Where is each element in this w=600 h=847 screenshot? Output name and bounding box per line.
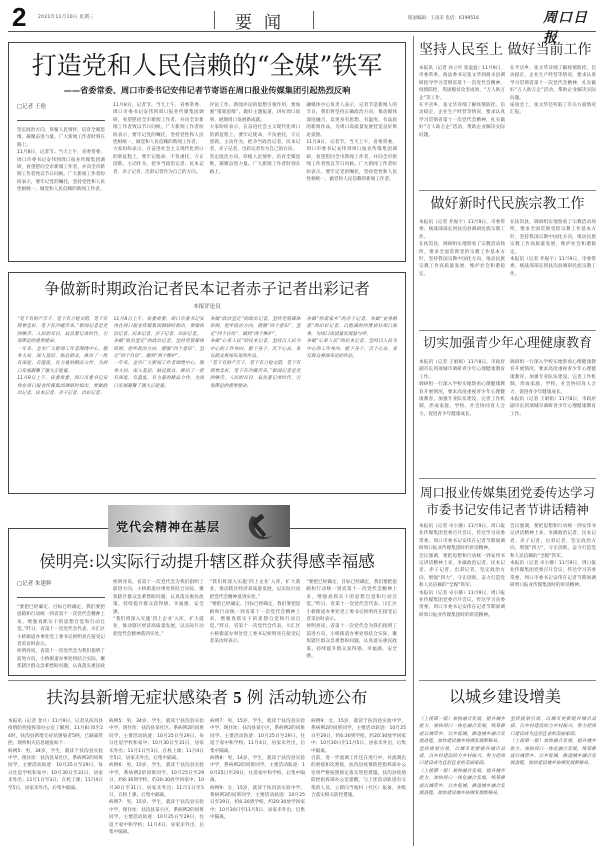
editorial-article[interactable]: 争做新时期政治记者民本记者赤子记者出彩记者 本报评论员 “笔下有财产万千，笔下有… <box>8 272 406 494</box>
paragraph: 本报讯（记者 孙立亭 张盈盈）11月9日，市委常委、政法委书记张文华到商水县调研… <box>419 65 505 102</box>
paragraph: 病例5：男，34岁，学生，就读于扶沟县实验中学，现住址：扶沟县某社区。系病例2的… <box>109 718 204 762</box>
lead-headline[interactable]: 打造党和人民信赖的“全媒”铁军 <box>17 51 397 81</box>
paragraph: 侯明亮说，省第十一次党代会为我们指明了前进方向，小桥街道办事处将结合实际，聚焦辖… <box>113 579 204 616</box>
paragraph: 评论工作。新闻评论的思想引领作用，要加强“策划思维”，做好主题报道，讲好周口故事… <box>210 102 301 124</box>
column-divider <box>413 36 414 846</box>
paragraph: 在平店乡，张文华详细了解疫情防控、信访稳定、企业生产经营等情况，要求认真学习贯彻… <box>510 65 596 102</box>
right5-body-col2: 坚持规划引领，以城市更新提升城市品质，以乡村建设助力乡村振兴，努力把周口建设成为… <box>510 716 596 840</box>
section-rule <box>419 478 596 479</box>
lead-body-col3: 评论工作。新闻评论的思想引领作用，要加强“策划思维”，做好主题报道，讲好周口故事… <box>210 102 301 260</box>
paragraph: 本报讯（记者 乔振宇）11月9日，市委常委、统战部部长到扶沟县调研民族宗教工作。 <box>510 256 596 278</box>
byline-rule <box>17 597 105 598</box>
paragraph: 调研组一行深入学校实地察看心理健康教育开展情况，要求高度重视青少年心理健康教育，… <box>419 381 505 418</box>
feature-body-col3: “我们将深入实施‘四上企业’入库，扩大就业，推动辖区经济高质量发展，以实际行动把… <box>210 579 301 669</box>
paragraph: “笔下有财产万千，笔下有刀枪交错，笔下有毁誉忠奸，笔下有冷暖苦乐。”新闻记者是党… <box>210 360 301 390</box>
paragraph: 调研组一行深入学校实地察看心理健康教育开展情况，要求高度重视青少年心理健康教育，… <box>510 359 596 396</box>
paragraph: 病例7：男，15岁，学生，就读于扶沟县实验中学，现住址：扶沟县某小区，系病例2的… <box>109 799 204 836</box>
lead-body-col4: 融媒体中心负责人表示，记者节是新闻人的节日，我们将坚持正确政治方向，推动媒体深度… <box>306 102 397 260</box>
section-divider-left <box>214 11 215 29</box>
feature-byline: □记者 朱建辉 <box>17 579 105 587</box>
feature-headline[interactable]: 侯明亮:以实际行动提升辖区群众获得感幸福感 <box>17 551 397 573</box>
feature-body-col2: 侯明亮说，省第十一次党代会为我们指明了前进方向，小桥街道办事处将结合实际，聚焦辖… <box>113 579 204 669</box>
editorial-body-col1: “笔下有财产万千，笔下有刀枪交错，笔下有毁誉忠奸，笔下有冷暖苦乐。”新闻记者是党… <box>17 316 108 488</box>
paragraph: 坚持规划引领，以城市更新提升城市品质，以乡村建设助力乡村振兴，努力把周口建设成为… <box>510 716 596 738</box>
section-title: 要闻 <box>223 8 305 33</box>
paragraph: 一年来，全市广大新闻工作者围绕中心、服务大局，深入基层、贴近群众，推出了一批有深… <box>17 346 108 376</box>
right-article-4[interactable]: 周口报业传媒集团党委传达学习 市委书记安伟记者节讲话精神 本报讯（记者 卓小静）… <box>419 484 596 674</box>
paragraph: （上接第一版）加快融合发展，提升城乡能力，加快周口一体化融合发展，统筹推进以城带… <box>510 738 596 768</box>
paragraph: 大家纷纷表示，在奋进社会主义现代化周口的新征程上，要牢记使命，不负重托，守正创新… <box>113 146 204 176</box>
right1-body-col1: 本报讯（记者 孙立亭 张盈盈）11月9日，市委常委、政法委书记张文华到商水县调研… <box>419 65 505 181</box>
lead-article[interactable]: 打造党和人民信赖的“全媒”铁军 ——省委常委、周口市委书记安伟记者节寄语在周口报… <box>8 42 406 262</box>
hammer-sickle-icon <box>244 508 280 544</box>
masthead: 2 2021年11月10日 星期三 要闻 版面编辑：王雨禾 电话：6199516… <box>8 2 596 32</box>
right3-body-col1: 本报讯（记者 王娟娟）11月8日，市政府副市长到项城市调研青少年心理健康教育工作… <box>419 359 505 471</box>
paragraph: 11月8日，记者节。当天上午，省委常委、周口市委书记安伟到周口报业传媒集团调研，… <box>306 139 397 183</box>
lead-byline: □记者 王艳 <box>17 102 105 110</box>
paragraph: 争做“热爱家乡”的赤子记者，争做“业务精湛”的出彩记者，以饱满的热情讲好周口故事… <box>307 316 398 338</box>
section-divider-right <box>313 11 314 29</box>
right2-body-col1: 本报讯（记者 乔振宇）11月9日，市委常委、统战部部长到扶沟县调研民族宗教工作。… <box>419 219 505 323</box>
paragraph: 本报讯（记者 卓小静）11月9日，周口报业传媒集团党委召开会议，传达学习省委常委… <box>419 523 505 553</box>
paragraph: 争做“政治坚定”的政治记者。坚持党管媒体原则，把牢政治方向，增强“四个意识”、坚… <box>210 316 301 338</box>
paragraph: 坚持规划引领，以城市更新提升城市品质，以乡村建设助力乡村振兴，努力把周口建设成为… <box>419 746 505 768</box>
paragraph: 11月8日上午，省委常委、周口市委书记安伟在周口报业传媒集团调研时指出，要做政治… <box>17 375 108 397</box>
right5-body-col1: （上接第一版）加快融合发展，提升城乡能力，加快周口一体化融合发展，统筹推进以城带… <box>419 716 505 840</box>
right4-headline[interactable]: 周口报业传媒集团党委传达学习 市委书记安伟记者节讲话精神 <box>419 484 596 518</box>
paragraph: 11月8日，记者节。当天上午，省委常委、周口市委书记安伟到周口报业传媒集团调研，… <box>17 149 105 193</box>
editorial-byline: 本报评论员 <box>17 302 397 310</box>
paragraph: 一年来，全市广大新闻工作者围绕中心、服务大局，深入基层、贴近群众，推出了一批有深… <box>114 360 205 390</box>
issue-date: 2021年11月10日 星期三 <box>38 14 94 20</box>
paragraph: 病例8：男，14岁，学生，就读于扶沟县实验中学，系病例2的同班同学。主要活动轨迹… <box>210 755 305 785</box>
feature-body-col1: “要把已经确定、目标已经确定，我们要把思路和行动统一到省第十一次党代会精神上来，… <box>17 604 105 670</box>
paragraph: 11月8日上午，省委常委、周口市委书记安伟在周口报业传媒集团调研时指出，要做政治… <box>114 316 205 338</box>
section-rule <box>8 680 406 681</box>
byline-rule <box>17 120 105 121</box>
section-rule <box>419 190 596 191</box>
paragraph: 11月8日，记者节。当天上午，省委常委、周口市委书记安伟到周口报业传媒集团调研，… <box>113 102 204 146</box>
paragraph: 争做“心系人民”的民本记者。坚持以人民为中心的工作导向，俯下身子、沉下心去，多写… <box>307 338 398 360</box>
paragraph: 目前，进一步流调工作还在进行中，对流调出的密接和次密接，扶沟县疫情防控指挥部办公… <box>311 755 406 799</box>
lead-subheadline: ——省委常委、周口市委书记安伟记者节寄语在周口报业传媒集团引起热烈反响 <box>17 84 397 96</box>
right-article-5[interactable]: 以城乡建设增美 （上接第一版）加快融合发展，提升城乡能力，加快周口一体化融合发展… <box>419 686 596 844</box>
paragraph: 本报讯（记者 卓小静）11月9日，周口报业传媒集团党委召开会议，传达学习省委常委… <box>419 590 505 620</box>
right-article-1[interactable]: 坚持人民至上 做好当前工作 本报讯（记者 孙立亭 张盈盈）11月9日，市委常委、… <box>419 40 596 186</box>
paragraph: 本报讯（记者 王娟娟）11月8日，市政府副市长到项城市调研青少年心理健康教育工作… <box>419 359 505 381</box>
right1-body-col2: 在平店乡，张文华详细了解疫情防控、信访稳定、企业生产经营等情况，要求认真学习贯彻… <box>510 65 596 181</box>
section-rule <box>419 330 596 331</box>
editor-info: 版面编辑：王雨禾 电话：6199516 <box>408 15 479 21</box>
paragraph: 本报讯（记者 卓小静）11月9日，周口报业传媒集团党委召开会议，传达学习省委常委… <box>510 560 596 590</box>
right4-headline-line1: 周口报业传媒集团党委传达学习 <box>419 484 596 501</box>
right4-body-col2: 会议强调，要把思想和行动统一到安伟书记讲话精神上来，争做政治记者、民本记者、赤子… <box>510 523 596 669</box>
paragraph: 大家纷纷表示，在奋进社会主义现代化周口的新征程上，要牢记使命，不负重托，守正创新… <box>210 124 301 154</box>
paragraph: （上接第一版）加快融合发展，提升城乡能力，加快周口一体化融合发展，统筹推进以城带… <box>419 768 505 798</box>
lead-body-col1: 坚定政治方向，厚植人民情怀，培育全媒思维，凝聚奋进力量。广大新闻工作者时刻在路上… <box>17 127 105 267</box>
covid-article[interactable]: 扶沟县新增无症状感染者 5 例 活动轨迹公布 本报讯（记者 金月）11月9日，记… <box>8 686 406 844</box>
paragraph: “要把已经确定、目标已经确定，我们要把思路和行动统一到省第十一次党代会精神上来，… <box>210 601 301 645</box>
right2-body-col2: 在扶沟县，调研组实地察看了宗教活动场所，要求全面贯彻党的宗教工作基本方针，坚持我… <box>510 219 596 323</box>
paragraph: （上接第一版）加快融合发展，提升城乡能力，加快周口一体化融合发展，统筹推进以城带… <box>419 716 505 746</box>
lead-body-col2: 11月8日，记者节。当天上午，省委常委、周口市委书记安伟到周口报业传媒集团调研，… <box>113 102 204 260</box>
right3-body-col2: 调研组一行深入学校实地察看心理健康教育开展情况，要求高度重视青少年心理健康教育，… <box>510 359 596 471</box>
covid-body-col2: 病例5：男，34岁，学生，就读于扶沟县实验中学，现住址：扶沟县某社区。系病例2的… <box>109 718 204 840</box>
covid-body-col4: 病例9：女，15岁，就读于扶沟县实验中学，系病例2的同班同学，主要活动轨迹：10… <box>311 718 406 840</box>
page-number: 2 <box>12 4 26 30</box>
section-rule <box>419 680 596 681</box>
right2-headline[interactable]: 做好新时代民族宗教工作 <box>419 194 596 214</box>
covid-body-col3: 病例7：男，15岁，学生，就读于扶沟县实验中学，现住址：扶沟县某小区，系病例2的… <box>210 718 305 840</box>
editorial-body-col2: 11月8日上午，省委常委、周口市委书记安伟在周口报业传媒集团调研时指出，要做政治… <box>114 316 205 488</box>
right4-headline-line2: 市委书记安伟记者节讲话精神 <box>419 501 596 518</box>
right-article-3[interactable]: 切实加强青少年心理健康教育 本报讯（记者 王娟娟）11月8日，市政府副市长到项城… <box>419 334 596 474</box>
covid-headline[interactable]: 扶沟县新增无症状感染者 5 例 活动轨迹公布 <box>8 686 406 710</box>
paragraph: 坚定政治方向，厚植人民情怀，培育全媒思维，凝聚奋进力量。广大新闻工作者时刻在路上… <box>17 127 105 149</box>
covid-headline-post: 例 活动轨迹公布 <box>247 688 368 707</box>
paragraph: 在平店乡，张文华详细了解疫情防控、信访稳定、企业生产经营等情况，要求认真学习贯彻… <box>419 102 505 139</box>
paragraph: 争做“心系人民”的民本记者。坚持以人民为中心的工作导向，俯下身子、沉下心去，多写… <box>210 338 301 360</box>
paragraph: 本报讯（记者 金月）11月9日，记者从扶沟县疫情防控指挥部办公室了解到，11月8… <box>8 718 103 748</box>
paragraph: 本报讯（记者 王娟娟）11月8日，市政府副市长到项城市调研青少年心理健康教育工作… <box>510 396 596 418</box>
paragraph: 会议强调，要把思想和行动统一到安伟书记讲话精神上来，争做政治记者、民本记者、赤子… <box>419 553 505 590</box>
paragraph: 病例9：女，15岁，就读于扶沟县实验中学，系病例2的同班同学，主要活动轨迹：10… <box>311 718 406 755</box>
paragraph: “要把已经确定、目标已经确定，我们要把思路和行动统一到省第十一次党代会精神上来，… <box>306 579 397 623</box>
right4-body-col1: 本报讯（记者 卓小静）11月9日，周口报业传媒集团党委召开会议，传达学习省委常委… <box>419 523 505 669</box>
banner-label: 党代会精神在基层 <box>116 518 220 535</box>
paragraph: “我们将深入实施‘四上企业’入库，扩大就业，推动辖区经济高质量发展，以实际行动把… <box>210 579 301 601</box>
paragraph: 病例7：男，15岁，学生，就读于扶沟县实验中学，现住址：扶沟县某小区，系病例2的… <box>210 718 305 755</box>
paragraph: 侯明亮说，省第十一次党代会为我们指明了前进方向，小桥街道办事处将结合实际，聚焦辖… <box>306 623 397 660</box>
editorial-body-col4: 争做“热爱家乡”的赤子记者，争做“业务精湛”的出彩记者，以饱满的热情讲好周口故事… <box>307 316 398 488</box>
covid-headline-num: 5 <box>233 688 241 707</box>
editorial-body-col3: 争做“政治坚定”的政治记者。坚持党管媒体原则，把牢政治方向，增强“四个意识”、坚… <box>210 316 301 488</box>
paragraph: 在扶沟县，调研组实地察看了宗教活动场所，要求全面贯彻党的宗教工作基本方针，坚持我… <box>510 219 596 256</box>
paragraph: 在扶沟县，调研组实地察看了宗教活动场所，要求全面贯彻党的宗教工作基本方针，坚持我… <box>419 241 505 278</box>
paragraph: “要把已经确定、目标已经确定，我们要把思路和行动统一到省第十一次党代会精神上来，… <box>17 604 105 648</box>
paragraph: 本报讯（记者 乔振宇）11月9日，市委常委、统战部部长到扶沟县调研民族宗教工作。 <box>419 219 505 241</box>
right-article-2[interactable]: 做好新时代民族宗教工作 本报讯（记者 乔振宇）11月9日，市委常委、统战部部长到… <box>419 194 596 326</box>
paragraph: 病例6：男，15岁，学生，就读于扶沟县实验中学，系病例2的同班同学。10月25日… <box>109 762 204 799</box>
paragraph: “我们将深入实施‘四上企业’入库，扩大就业，推动辖区经济高质量发展，以实际行动把… <box>113 616 204 638</box>
paragraph: 坚定政治方向，厚植人民情怀，培育全媒思维，凝聚奋进力量。广大新闻工作者时刻在路上… <box>210 154 301 176</box>
paragraph: 融媒体中心负责人表示，记者节是新闻人的节日，我们将坚持正确政治方向，推动媒体深度… <box>306 102 397 139</box>
section-banner: 党代会精神在基层 <box>108 505 290 547</box>
feature-article[interactable]: 侯明亮:以实际行动提升辖区群众获得感幸福感 □记者 朱建辉 “要把已经确定、目标… <box>8 528 406 676</box>
right3-headline[interactable]: 切实加强青少年心理健康教育 <box>419 334 596 354</box>
paragraph: 会议强调，要把思想和行动统一到安伟书记讲话精神上来，争做政治记者、民本记者、赤子… <box>510 523 596 560</box>
editorial-headline[interactable]: 争做新时期政治记者民本记者赤子记者出彩记者 <box>17 278 397 300</box>
covid-body-col1: 本报讯（记者 金月）11月9日，记者从扶沟县疫情防控指挥部办公室了解到，11月8… <box>8 718 103 840</box>
paragraph: “笔下有财产万千，笔下有刀枪交错，笔下有毁誉忠奸，笔下有冷暖苦乐。”新闻记者是党… <box>17 316 108 346</box>
right1-headline[interactable]: 坚持人民至上 做好当前工作 <box>419 40 596 60</box>
paragraph: 座谈会上，张文华还听取了有关方面情况汇报。 <box>510 102 596 117</box>
paragraph: 病例5：男，34岁，学生，就读于扶沟县实验中学，现住址：扶沟县某社区。系病例2的… <box>8 748 103 792</box>
paragraph: 侯明亮说，省第十一次党代会为我们指明了前进方向，小桥街道办事处将结合实际，聚焦辖… <box>17 648 105 670</box>
right5-headline[interactable]: 以城乡建设增美 <box>449 686 596 708</box>
paragraph: 病例9：女，15岁，就读于扶沟县实验中学，系病例2的同班同学，主要活动轨迹：10… <box>210 785 305 822</box>
paragraph: 争做“政治坚定”的政治记者。坚持党管媒体原则，把牢政治方向，增强“四个意识”、坚… <box>114 338 205 360</box>
covid-headline-pre: 扶沟县新增无症状感染者 <box>47 688 229 707</box>
feature-body-col4: “要把已经确定、目标已经确定，我们要把思路和行动统一到省第十一次党代会精神上来，… <box>306 579 397 669</box>
